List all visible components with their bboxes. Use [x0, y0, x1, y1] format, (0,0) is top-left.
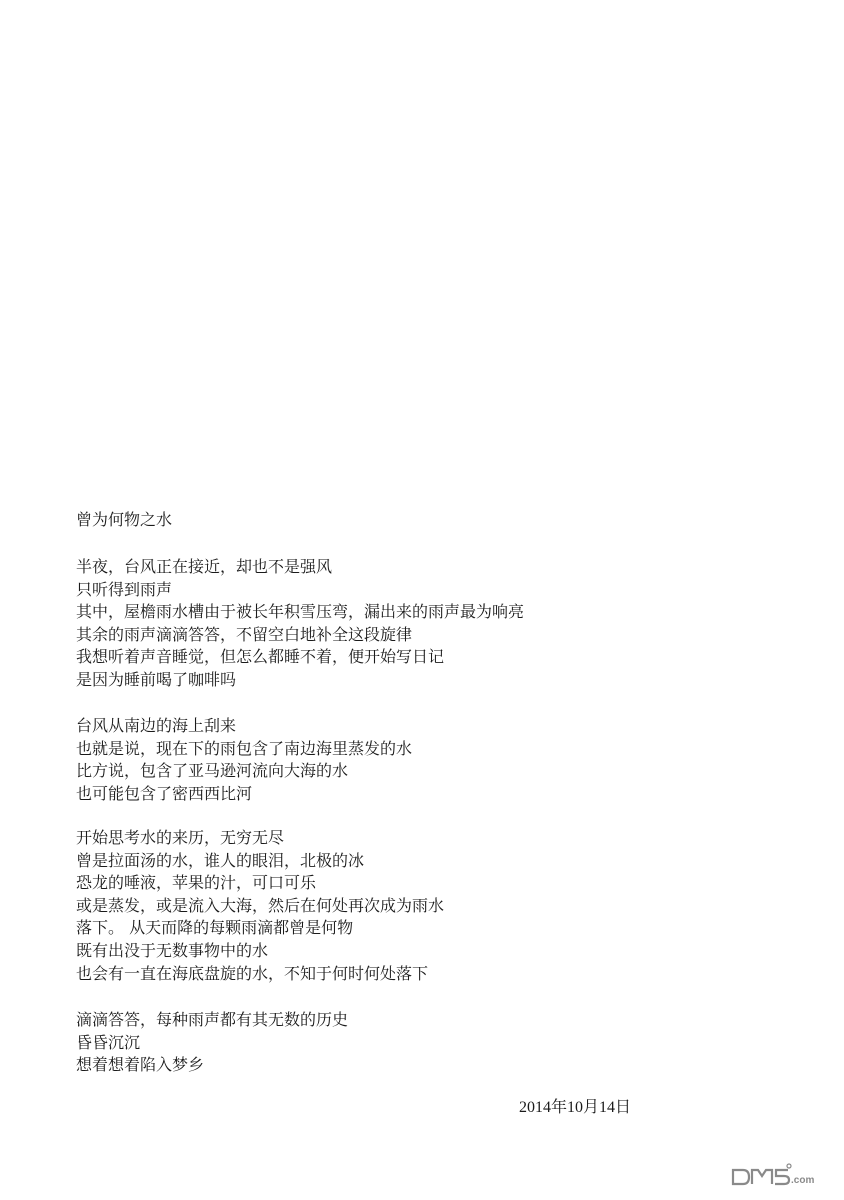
- text-line: 恐龙的唾液，苹果的汁，可口可乐: [76, 872, 444, 895]
- text-line: 或是蒸发，或是流入大海，然后在何处再次成为雨水: [76, 895, 444, 918]
- poem-title: 曾为何物之水: [76, 509, 172, 531]
- text-line: 比方说，包含了亚马逊河流向大海的水: [76, 760, 412, 783]
- text-line: 其余的雨声滴滴答答，不留空白地补全这段旋律: [76, 624, 524, 647]
- manga-page: 曾为何物之水 半夜，台风正在接近，却也不是强风 只听得到雨声 其中，屋檐雨水槽由…: [0, 0, 844, 1200]
- text-line: 昏昏沉沉: [76, 1032, 348, 1055]
- text-line: 其中，屋檐雨水槽由于被长年积雪压弯，漏出来的雨声最为响亮: [76, 601, 524, 624]
- text-line: 我想听着声音睡觉，但怎么都睡不着，便开始写日记: [76, 646, 524, 669]
- text-line: 也可能包含了密西西比河: [76, 783, 412, 806]
- text-line: 台风从南边的海上刮来: [76, 715, 412, 738]
- watermark-suffix: .com: [791, 1175, 814, 1186]
- diary-date: 2014年10月14日: [519, 1097, 631, 1119]
- text-line: 想着想着陷入梦乡: [76, 1054, 348, 1077]
- paragraph-4: 滴滴答答，每种雨声都有其无数的历史 昏昏沉沉 想着想着陷入梦乡: [76, 1009, 348, 1077]
- text-line: 也就是说，现在下的雨包含了南边海里蒸发的水: [76, 738, 412, 761]
- text-line: 是因为睡前喝了咖啡吗: [76, 669, 524, 692]
- paragraph-1: 半夜，台风正在接近，却也不是强风 只听得到雨声 其中，屋檐雨水槽由于被长年积雪压…: [76, 556, 524, 692]
- dm5-watermark-logo: .com: [731, 1163, 827, 1187]
- text-line: 既有出没于无数事物中的水: [76, 940, 444, 963]
- text-line: 半夜，台风正在接近，却也不是强风: [76, 556, 524, 579]
- text-line: 曾是拉面汤的水，谁人的眼泪，北极的冰: [76, 850, 444, 873]
- text-line: 落下。 从天而降的每颗雨滴都曾是何物: [76, 917, 444, 940]
- text-line: 滴滴答答，每种雨声都有其无数的历史: [76, 1009, 348, 1032]
- text-line: 只听得到雨声: [76, 579, 524, 602]
- text-line: 也会有一直在海底盘旋的水，不知于何时何处落下: [76, 963, 444, 986]
- text-line: 开始思考水的来历，无穷无尽: [76, 827, 444, 850]
- paragraph-3: 开始思考水的来历，无穷无尽 曾是拉面汤的水，谁人的眼泪，北极的冰 恐龙的唾液，苹…: [76, 827, 444, 985]
- paragraph-2: 台风从南边的海上刮来 也就是说，现在下的雨包含了南边海里蒸发的水 比方说，包含了…: [76, 715, 412, 805]
